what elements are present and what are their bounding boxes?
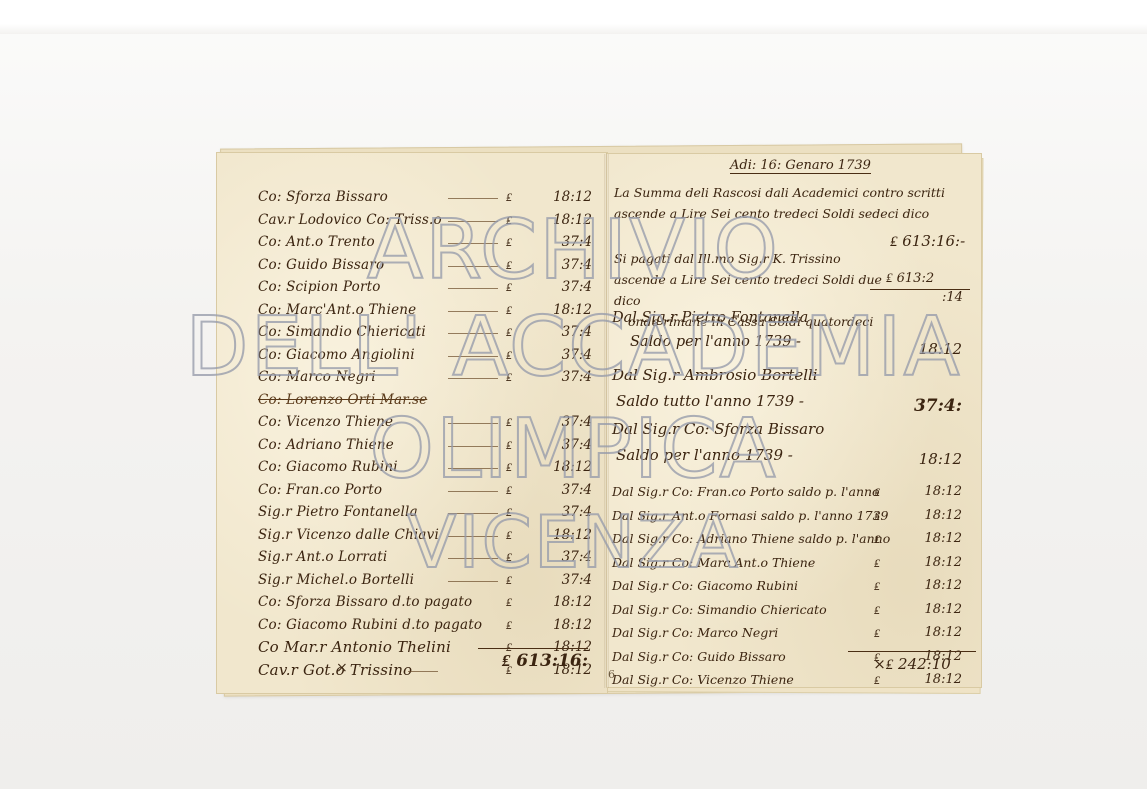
right-page-total: ×₤ 242:10 bbox=[848, 651, 976, 674]
receipt-row: Dal Sig.r Co: Giacomo Rubini₤18:12 bbox=[612, 575, 974, 599]
receipt-row: Dal Sig.r Co: Fran.co Porto saldo p. l'a… bbox=[612, 481, 974, 505]
ledger-row: Cav.r Lodovico Co: Triss.o₤18:12 bbox=[258, 209, 598, 232]
lira-symbol: ₤ bbox=[506, 254, 512, 276]
lira-symbol: ₤ bbox=[506, 186, 512, 208]
lira-symbol: ₤ bbox=[506, 209, 512, 231]
lira-symbol: ₤ bbox=[506, 299, 512, 321]
lira-symbol: ₤ bbox=[506, 591, 512, 613]
summary-paragraph-1: La Summa deli Rascosi dali Academici con… bbox=[614, 182, 976, 224]
ledger-row-struck: Co: Lorenzo Orti Mar.se bbox=[258, 389, 598, 412]
receipt-entry: Dal Sig.r Pietro Fontanella Saldo per l'… bbox=[612, 310, 972, 350]
ledger-row: Co: Marc'Ant.o Thiene₤18:12 bbox=[258, 299, 598, 322]
lira-symbol: ₤ bbox=[506, 569, 512, 591]
receipt-row: Dal Sig.r Co: Marco Negri₤18:12 bbox=[612, 622, 974, 646]
lira-symbol: ₤ bbox=[506, 456, 512, 478]
lira-symbol: ₤ bbox=[506, 366, 512, 388]
ledger-row: Sig.r Pietro Fontanella₤37:4 bbox=[258, 501, 598, 524]
ledger-row: Co: Sforza Bissaro d.to pagato₤18:12 bbox=[258, 591, 598, 614]
ledger-row: Sig.r Ant.o Lorrati₤37:4 bbox=[258, 546, 598, 569]
ledger-row: Co: Simandio Chiericati₤37:4 bbox=[258, 321, 598, 344]
receipt-row: Dal Sig.r Co: Simandio Chiericato₤18:12 bbox=[612, 599, 974, 623]
ledger-row: Sig.r Vicenzo dalle Chiavi₤18:12 bbox=[258, 524, 598, 547]
ledger-row: Co: Giacomo Angiolini₤37:4 bbox=[258, 344, 598, 367]
receipt-entry: Dal Sig.r Co: Sforza Bissaro Saldo per l… bbox=[612, 420, 972, 464]
ledger-row: Co: Giacomo Rubini d.to pagato₤18:12 bbox=[258, 614, 598, 637]
receipt-entry: Dal Sig.r Ambrosio Bortelli Saldo tutto … bbox=[612, 366, 972, 410]
summary-amount-2: ₤ 613:2 bbox=[886, 270, 934, 286]
lira-symbol: ₤ bbox=[506, 479, 512, 501]
cross-mark: × bbox=[336, 660, 348, 676]
receipt-row: Dal Sig.r Ant.o Fornasi saldo p. l'anno … bbox=[612, 505, 974, 529]
ledger-row: Sig.r Michel.o Bortelli₤37:4 bbox=[258, 569, 598, 592]
page-fold bbox=[604, 154, 609, 688]
lira-symbol: ₤ bbox=[506, 546, 512, 568]
receipt-row: Dal Sig.r Co: Marc Ant.o Thiene₤18:12 bbox=[612, 552, 974, 576]
ledger-row: Co: Marco Negri₤37:4 bbox=[258, 366, 598, 389]
ledger-row: Co: Fran.co Porto₤37:4 bbox=[258, 479, 598, 502]
ledger-row: Co: Ant.o Trento₤37:4 bbox=[258, 231, 598, 254]
lira-symbol: ₤ bbox=[506, 434, 512, 456]
ledger-row: Co: Guido Bissaro₤37:4 bbox=[258, 254, 598, 277]
lira-symbol: ₤ bbox=[506, 276, 512, 298]
ledger-row: Co: Giacomo Rubini₤18:12 bbox=[258, 456, 598, 479]
lira-symbol: ₤ bbox=[506, 231, 512, 253]
ledger-date: Adi: 16: Genaro 1739 bbox=[730, 158, 871, 174]
lira-symbol: ₤ bbox=[506, 501, 512, 523]
lira-symbol: ₤ bbox=[506, 344, 512, 366]
summary-amount-3: :14 bbox=[942, 290, 963, 305]
lira-symbol: ₤ bbox=[506, 321, 512, 343]
page-number: 6 bbox=[608, 668, 615, 681]
receipt-row: Dal Sig.r Co: Adriano Thiene saldo p. l'… bbox=[612, 528, 974, 552]
left-page-ledger: Co: Sforza Bissaro₤18:12 Cav.r Lodovico … bbox=[258, 186, 598, 681]
lira-symbol: ₤ bbox=[506, 524, 512, 546]
scan-background bbox=[0, 0, 1147, 34]
ledger-row: Co: Vicenzo Thiene₤37:4 bbox=[258, 411, 598, 434]
ledger-row: Co: Scipion Porto₤37:4 bbox=[258, 276, 598, 299]
lira-symbol: ₤ bbox=[506, 411, 512, 433]
left-page-total: ₤ 613:16: bbox=[478, 648, 588, 671]
ledger-row: Co: Adriano Thiene₤37:4 bbox=[258, 434, 598, 457]
ledger-row: Co: Sforza Bissaro₤18:12 bbox=[258, 186, 598, 209]
lira-symbol: ₤ bbox=[506, 614, 512, 636]
